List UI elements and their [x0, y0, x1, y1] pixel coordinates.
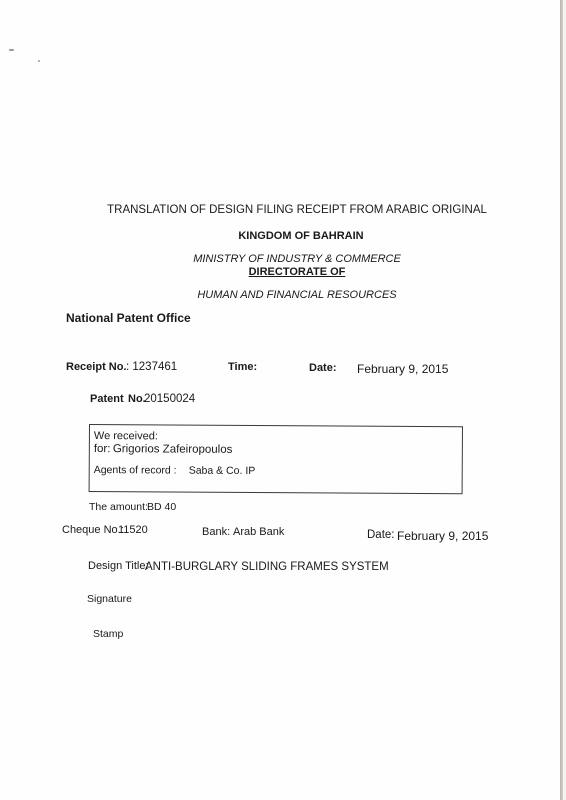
- ministry-heading: MINISTRY OF INDUSTRY & COMMERCE: [193, 254, 401, 265]
- scan-speck: [9, 49, 14, 51]
- patent-label: Patent: [90, 394, 124, 405]
- amount-value: BD 40: [147, 502, 176, 513]
- directorate-heading: DIRECTORATE OF: [249, 267, 346, 278]
- payment-date-value: February 9, 2015: [397, 530, 488, 542]
- agents-value: Saba & Co. IP: [189, 466, 256, 477]
- design-title-label: Design Title:: [88, 561, 149, 572]
- scan-speck: [38, 60, 40, 62]
- date-label: Date:: [309, 363, 337, 374]
- cheque-label: Cheque No.:: [62, 525, 124, 536]
- design-title-value: ANTI-BURGLARY SLIDING FRAMES SYSTEM: [145, 562, 389, 574]
- agents-label: Agents of record :: [94, 465, 177, 476]
- receipt-date-value: February 9, 2015: [357, 363, 448, 375]
- time-label: Time:: [228, 362, 257, 373]
- amount-label: The amount:: [89, 502, 148, 513]
- receipt-number-value: : 1237461: [126, 362, 177, 374]
- for-value: Grigorios Zafeiropoulos: [113, 444, 233, 456]
- department-heading: HUMAN AND FINANCIAL RESOURCES: [197, 290, 396, 301]
- bank-value: Arab Bank: [233, 527, 284, 538]
- received-label: We received:: [94, 431, 158, 442]
- bank-label: Bank:: [202, 527, 230, 538]
- document-page: TRANSLATION OF DESIGN FILING RECEIPT FRO…: [0, 0, 560, 800]
- received-box: We received: for: Grigorios Zafeiropoulo…: [89, 424, 463, 494]
- for-label: for:: [94, 444, 111, 456]
- stamp-label: Stamp: [93, 629, 123, 640]
- cheque-value: 11520: [118, 525, 148, 536]
- payment-date-label: Date:: [367, 530, 395, 542]
- translation-title: TRANSLATION OF DESIGN FILING RECEIPT FRO…: [107, 205, 487, 217]
- country-heading: KINGDOM OF BAHRAIN: [238, 231, 363, 242]
- receipt-number-label: Receipt No.: [66, 362, 127, 373]
- patent-number-value: 20150024: [144, 394, 195, 406]
- office-name: National Patent Office: [66, 312, 191, 324]
- signature-label: Signature: [87, 594, 132, 605]
